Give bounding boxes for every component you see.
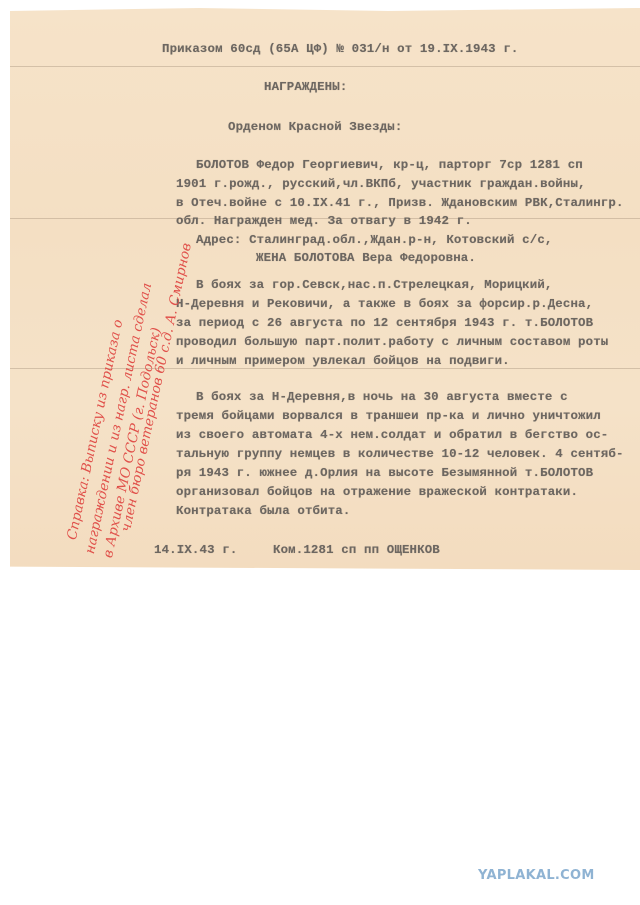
bio-line: в Отеч.войне с 10.IX.41 г., Призв. Ждано…: [176, 194, 624, 212]
watermark: YAPLAKAL.COM: [478, 868, 595, 883]
paragraph-line: тальную группу немцев в количестве 10-12…: [176, 445, 624, 463]
paragraph-line: В боях за гор.Севск,нас.п.Стрелецкая, Мо…: [196, 276, 553, 294]
paragraph-line: за период с 26 августа по 12 сентября 19…: [176, 314, 593, 332]
paragraph-line: проводил большую парт.полит.работу с лич…: [176, 333, 608, 351]
address-line: Адрес: Сталинград.обл.,Ждан.р-н, Котовск…: [196, 231, 553, 249]
paragraph-line: В боях за Н-Деревня,в ночь на 30 августа…: [196, 388, 568, 406]
order-header: Приказом 60сд (65А ЦФ) № 031/н от 19.IX.…: [162, 40, 519, 58]
bio-line: обл. Награжден мед. За отвагу в 1942 г.: [176, 212, 472, 230]
paragraph-line: Контратака была отбита.: [176, 502, 350, 520]
footer-signature: Ком.1281 сп пп ОЩЕНКОВ: [273, 541, 440, 559]
bio-line: БОЛОТОВ Федор Георгиевич, кр-ц, парторг …: [196, 156, 583, 174]
paragraph-line: тремя бойцами ворвался в траншеи пр-ка и…: [176, 407, 601, 425]
paragraph-line: и личным примером увлекал бойцов на подв…: [176, 352, 510, 370]
award-name: Орденом Красной Звезды:: [228, 118, 402, 136]
paragraph-line: организовал бойцов на отражение вражеско…: [176, 483, 578, 501]
bio-line: 1901 г.рожд., русский,чл.ВКПб, участник …: [176, 175, 586, 193]
address-line: ЖЕНА БОЛОТОВА Вера Федоровна.: [256, 249, 476, 267]
footer-date: 14.IX.43 г.: [154, 541, 237, 559]
paragraph-line: ря 1943 г. южнее д.Орлия на высоте Безым…: [176, 464, 593, 482]
paragraph-line: из своего автомата 4-х нем.солдат и обра…: [176, 426, 608, 444]
paragraph-line: Н-Деревня и Рековичи, а также в боях за …: [176, 295, 593, 313]
fold-line: [10, 66, 640, 67]
section-title: НАГРАЖДЕНЫ:: [264, 78, 347, 96]
